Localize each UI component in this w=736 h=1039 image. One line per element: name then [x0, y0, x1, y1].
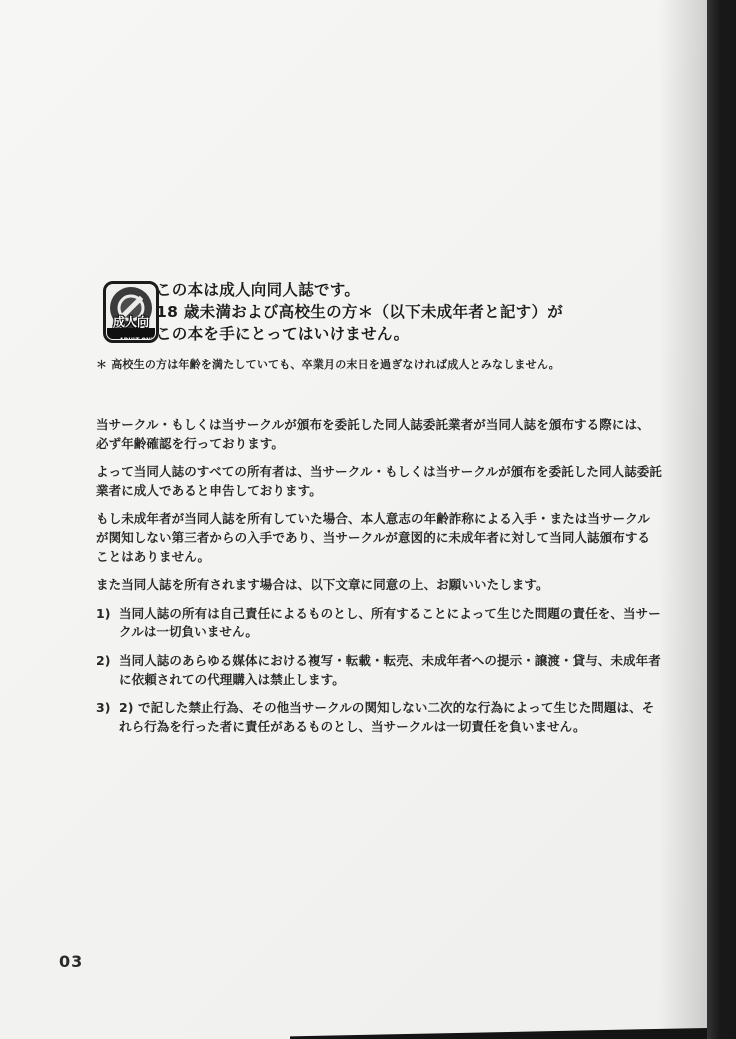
- adult-stamp-en-label: ADULT ONLY!: [107, 328, 155, 339]
- page-number: 03: [59, 952, 83, 971]
- scan-edge-right: [707, 0, 736, 1039]
- headline-line-1: この本は成人向同人誌です。: [156, 279, 656, 301]
- list-item-1: 1) 当同人誌の所有は自己責任によるものとし、所有することによって生じた問題の責…: [96, 605, 662, 642]
- list-item-2: 2) 当同人誌のあらゆる媒体における複写・転載・転売、未成年者への提示・譲渡・貸…: [96, 652, 662, 689]
- paragraph-1: 当サークル・もしくは当サークルが頒布を委託した同人誌委託業者が当同人誌を頒布する…: [96, 416, 662, 453]
- list-item-1-text: 当同人誌の所有は自己責任によるものとし、所有することによって生じた問題の責任を、…: [119, 605, 662, 642]
- scan-gutter-shadow: [659, 0, 707, 1039]
- list-item-3-number: 3): [96, 699, 119, 736]
- paragraph-3: もし未成年者が当同人誌を所有していた場合、本人意志の年齢詐称による入手・または当…: [96, 510, 662, 566]
- warning-headline: この本は成人向同人誌です。 18 歳未満および高校生の方＊（以下未成年者と記す）…: [156, 279, 656, 345]
- headline-line-3: この本を手にとってはいけません。: [156, 323, 656, 345]
- age-footnote: ＊ 高校生の方は年齢を満たしていても、卒業月の末日を過ぎなければ成人とみなしませ…: [96, 356, 696, 372]
- list-item-1-number: 1): [96, 605, 119, 642]
- paragraph-4: また当同人誌を所有されます場合は、以下文章に同意の上、お願いいたします。: [96, 576, 662, 595]
- list-item-2-number: 2): [96, 652, 119, 689]
- scan-edge-bottom: [290, 1027, 707, 1039]
- adult-only-stamp: 成人向 ADULT ONLY!: [103, 281, 159, 343]
- list-item-2-text: 当同人誌のあらゆる媒体における複写・転載・転売、未成年者への提示・譲渡・貸与、未…: [119, 652, 662, 689]
- disclaimer-body: 当サークル・もしくは当サークルが頒布を委託した同人誌委託業者が当同人誌を頒布する…: [96, 416, 662, 746]
- headline-line-2: 18 歳未満および高校生の方＊（以下未成年者と記す）が: [156, 301, 656, 323]
- list-item-3-text: 2) で記した禁止行為、その他当サークルの関知しない二次的な行為によって生じた問…: [119, 699, 662, 736]
- scanned-page: 成人向 ADULT ONLY! この本は成人向同人誌です。 18 歳未満および高…: [0, 0, 736, 1039]
- paragraph-2: よって当同人誌のすべての所有者は、当サークル・もしくは当サークルが頒布を委託した…: [96, 463, 662, 500]
- list-item-3: 3) 2) で記した禁止行為、その他当サークルの関知しない二次的な行為によって生…: [96, 699, 662, 736]
